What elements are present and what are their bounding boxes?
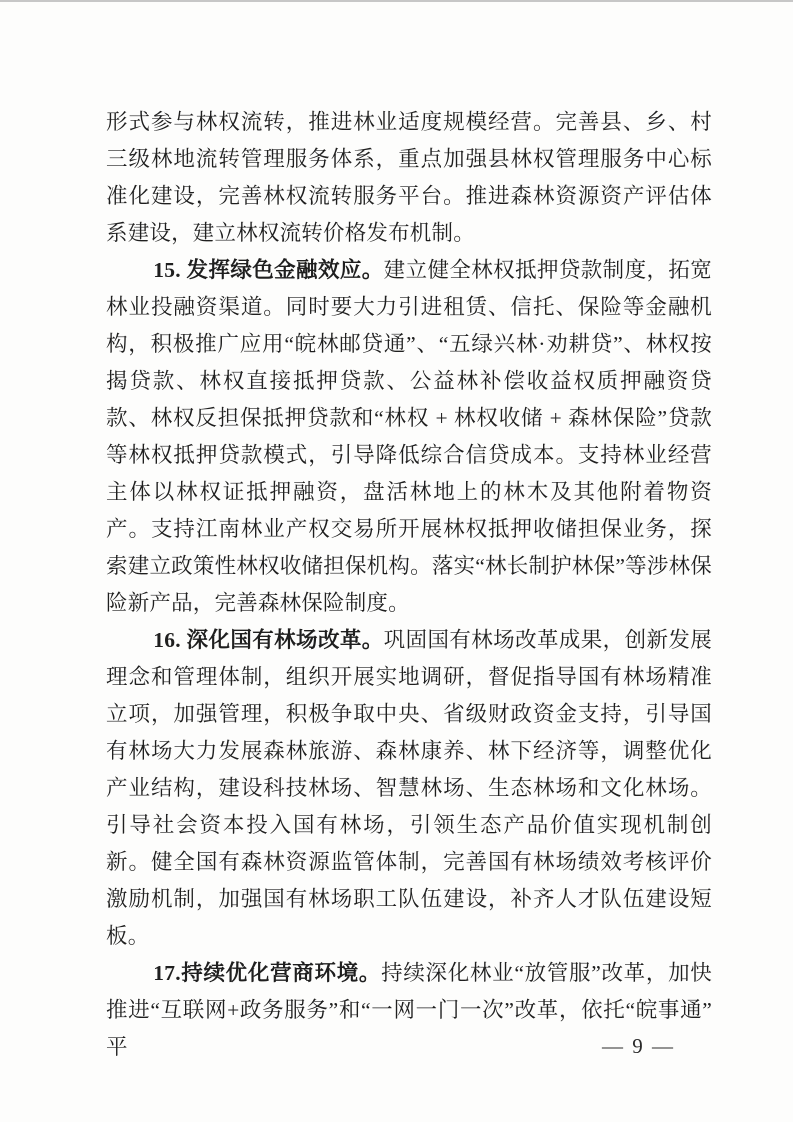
- paragraph-continuation: 形式参与林权流转，推进林业适度规模经营。完善县、乡、村三级林地流转管理服务体系，…: [106, 104, 712, 252]
- paragraph-text: 建立健全林权抵押贷款制度，拓宽林业投融资渠道。同时要大力引进租赁、信托、保险等金…: [106, 258, 712, 615]
- scan-artifact-line: [0, 0, 793, 2]
- paragraph-item-15: 15. 发挥绿色金融效应。建立健全林权抵押贷款制度，拓宽林业投融资渠道。同时要大…: [106, 252, 712, 622]
- paragraph-heading: 17.持续优化营商环境。: [153, 961, 381, 985]
- paragraph-item-16: 16. 深化国有林场改革。巩固国有林场改革成果，创新发展理念和管理体制，组织开展…: [106, 622, 712, 955]
- paragraph-text: 巩固国有林场改革成果，创新发展理念和管理体制，组织开展实地调研，督促指导国有林场…: [106, 628, 712, 948]
- paragraph-text: 形式参与林权流转，推进林业适度规模经营。完善县、乡、村三级林地流转管理服务体系，…: [106, 110, 712, 245]
- document-body: 形式参与林权流转，推进林业适度规模经营。完善县、乡、村三级林地流转管理服务体系，…: [106, 104, 712, 1066]
- document-page: 形式参与林权流转，推进林业适度规模经营。完善县、乡、村三级林地流转管理服务体系，…: [0, 0, 793, 1122]
- page-number: — 9 —: [602, 1032, 675, 1060]
- paragraph-heading: 15. 发挥绿色金融效应。: [153, 258, 383, 282]
- paragraph-heading: 16. 深化国有林场改革。: [153, 628, 383, 652]
